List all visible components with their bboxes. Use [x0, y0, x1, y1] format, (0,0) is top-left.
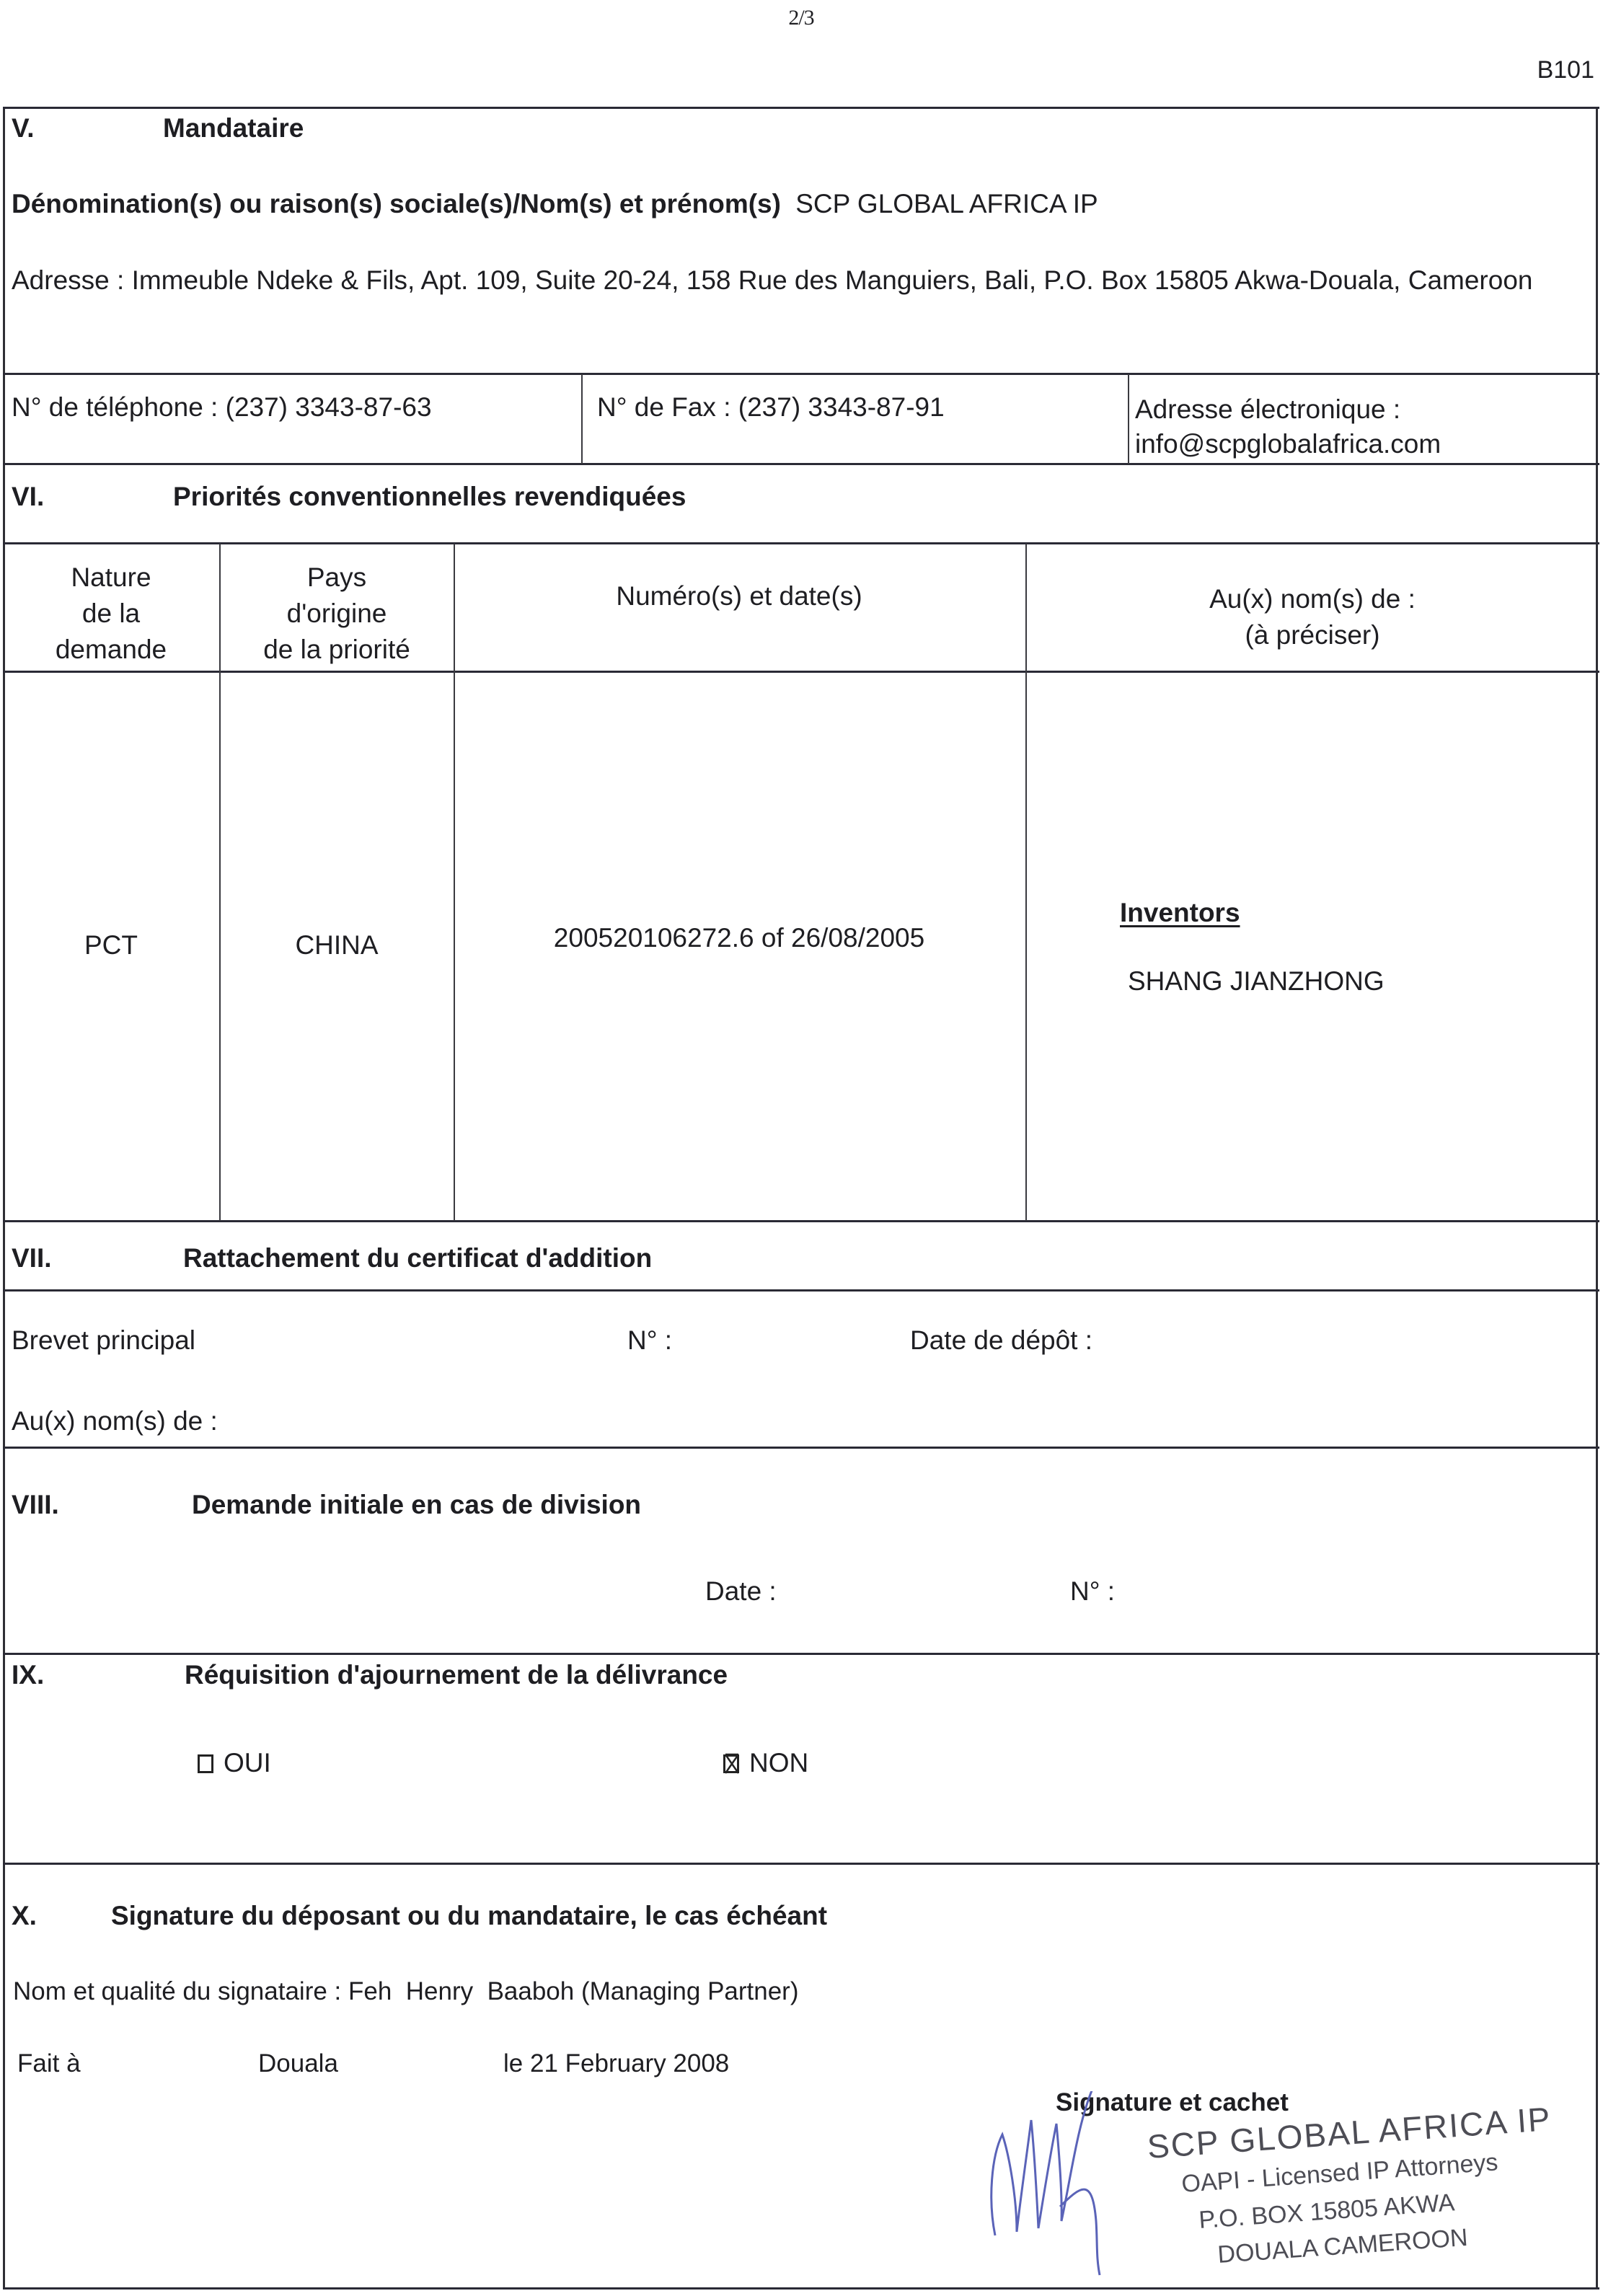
- priority-number-date: 200520106272.6 of 26/08/2005: [554, 923, 924, 953]
- agent-address-label: Adresse :: [12, 265, 124, 295]
- col-header-nature: Nature de la demande: [56, 560, 167, 668]
- divider: [3, 463, 1599, 465]
- section-vii-title: Rattachement du certificat d'addition: [183, 1243, 652, 1273]
- section-v-number: V.: [12, 113, 35, 143]
- col-header-line: Pays: [263, 560, 410, 596]
- priority-names-heading: Inventors: [1120, 898, 1240, 928]
- divider: [3, 1653, 1599, 1655]
- date-row: le 21 February 2008: [503, 2049, 729, 2078]
- divider: [3, 1863, 1599, 1865]
- priority-country: CHINA: [295, 930, 378, 961]
- option-non[interactable]: NON: [723, 1748, 808, 1778]
- col-header-country: Pays d'origine de la priorité: [263, 560, 410, 668]
- section-ix-title: Réquisition d'ajournement de la délivran…: [185, 1660, 728, 1690]
- section-x-number: X.: [12, 1901, 37, 1931]
- col-header-line: de la priorité: [263, 632, 410, 668]
- fax-field: N° de Fax : (237) 3343-87-91: [597, 392, 945, 423]
- divider: [3, 1220, 1599, 1222]
- divider: [3, 542, 1599, 544]
- priority-names: SHANG JIANZHONG: [1128, 966, 1385, 997]
- agent-name-label: Dénomination(s) ou raison(s) sociale(s)/…: [12, 189, 781, 218]
- checkbox-checked-icon[interactable]: [723, 1754, 739, 1773]
- divider: [3, 373, 1599, 375]
- col-header-line: de la: [56, 596, 167, 632]
- col-header-line: d'origine: [263, 596, 410, 632]
- fax-label: N° de Fax :: [597, 392, 730, 422]
- col-header-line: (à préciser): [1209, 617, 1416, 653]
- divider: [3, 107, 1599, 109]
- divider: [3, 671, 1599, 673]
- col-header-line: Au(x) nom(s) de :: [1209, 581, 1416, 617]
- cell-divider: [1128, 374, 1129, 464]
- cell-divider: [219, 544, 221, 1221]
- names-label: Au(x) nom(s) de :: [12, 1406, 218, 1436]
- signatory-label: Nom et qualité du signataire :: [13, 1977, 341, 2005]
- main-patent-number-label: N° :: [627, 1325, 672, 1356]
- divider: [3, 1289, 1599, 1291]
- email-field: Adresse électronique : info@scpglobalafr…: [1135, 392, 1441, 462]
- section-ix-number: IX.: [12, 1660, 44, 1690]
- section-x-title: Signature du déposant ou du mandataire, …: [111, 1901, 827, 1931]
- division-date-label: Date :: [705, 1576, 777, 1607]
- col-header-line: demande: [56, 632, 167, 668]
- option-oui[interactable]: OUI: [198, 1748, 271, 1778]
- agent-address-value: Immeuble Ndeke & Fils, Apt. 109, Suite 2…: [132, 265, 1533, 295]
- handwritten-signature-icon: [988, 2091, 1132, 2279]
- form-code: B101: [1537, 56, 1594, 84]
- phone-label: N° de téléphone :: [12, 392, 218, 422]
- cell-divider: [454, 544, 455, 1221]
- checkbox-unchecked-icon[interactable]: [198, 1754, 213, 1773]
- filing-date-label: Date de dépôt :: [910, 1325, 1092, 1356]
- fax-value: (237) 3343-87-91: [738, 392, 945, 422]
- col-header-line: Nature: [56, 560, 167, 596]
- agent-address-row: Adresse : Immeuble Ndeke & Fils, Apt. 10…: [12, 265, 1532, 296]
- phone-field: N° de téléphone : (237) 3343-87-63: [12, 392, 432, 423]
- agent-name-value: SCP GLOBAL AFRICA IP: [795, 189, 1098, 218]
- cell-divider: [1025, 544, 1027, 1221]
- col-header-names: Au(x) nom(s) de : (à préciser): [1209, 581, 1416, 653]
- email-value: info@scpglobalafrica.com: [1135, 427, 1441, 462]
- place-label: Fait à: [17, 2049, 81, 2078]
- signatory-row: Nom et qualité du signataire : Feh Henry…: [13, 1977, 799, 2006]
- division-number-label: N° :: [1070, 1576, 1115, 1607]
- phone-value: (237) 3343-87-63: [226, 392, 432, 422]
- section-vi-title: Priorités conventionnelles revendiquées: [173, 482, 686, 512]
- option-non-label: NON: [749, 1748, 808, 1778]
- option-oui-label: OUI: [224, 1748, 271, 1778]
- divider: [3, 2287, 1599, 2290]
- divider: [3, 1447, 1599, 1449]
- email-label: Adresse électronique :: [1135, 392, 1441, 427]
- section-viii-title: Demande initiale en cas de division: [192, 1490, 641, 1520]
- signatory-value: Feh Henry Baaboh (Managing Partner): [348, 1977, 799, 2005]
- priority-nature: PCT: [84, 930, 138, 961]
- cell-divider: [581, 374, 583, 464]
- section-viii-number: VIII.: [12, 1490, 59, 1520]
- date-label: le: [503, 2049, 523, 2078]
- main-patent-label: Brevet principal: [12, 1325, 195, 1356]
- place-value: Douala: [258, 2049, 338, 2078]
- col-header-number-date: Numéro(s) et date(s): [616, 581, 862, 611]
- agent-name-row: Dénomination(s) ou raison(s) sociale(s)/…: [12, 189, 1098, 219]
- date-value: 21 February 2008: [530, 2049, 729, 2078]
- page-number: 2/3: [788, 6, 813, 30]
- section-v-title: Mandataire: [163, 113, 304, 143]
- section-vii-number: VII.: [12, 1243, 52, 1273]
- section-vi-number: VI.: [12, 482, 44, 512]
